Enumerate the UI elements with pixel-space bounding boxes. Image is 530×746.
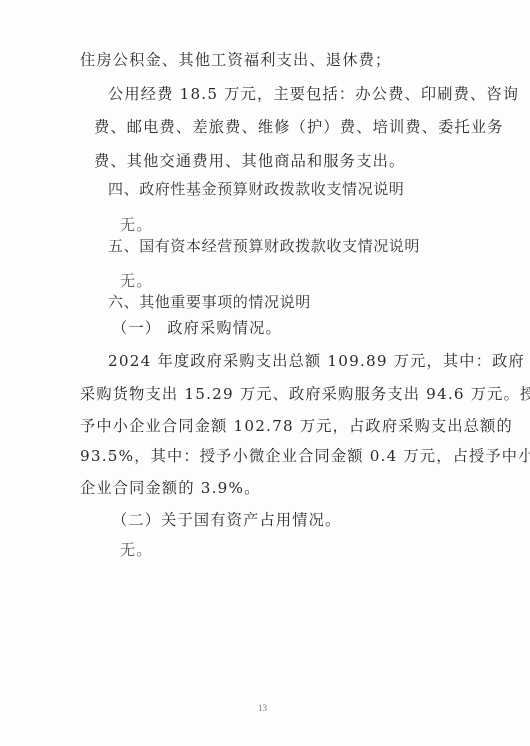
paragraph-line: 予中小企业合同金额 102.78 万元，占政府采购支出总额的: [80, 416, 513, 436]
paragraph-line: 费、邮电费、差旅费、维修（护）费、培训费、委托业务: [94, 117, 504, 137]
section-heading-5: 五、国有资本经营预算财政拨款收支情况说明: [108, 236, 420, 256]
section-heading-6: 六、其他重要事项的情况说明: [108, 292, 311, 312]
section-body-none: 无。: [120, 215, 153, 235]
section-body-none: 无。: [120, 271, 153, 291]
paragraph-line: 企业合同金额的 3.9%。: [80, 478, 261, 498]
section-heading-4: 四、政府性基金预算财政拨款收支情况说明: [108, 179, 404, 199]
subsection-heading-1: （一） 政府采购情况。: [112, 318, 282, 338]
paragraph-line: 2024 年度政府采购支出总额 109.89 万元，其中：政府: [108, 351, 525, 371]
paragraph-line: 93.5%，其中：授予小微企业合同金额 0.4 万元，占授予中小: [80, 446, 530, 466]
page-number: 13: [258, 703, 267, 713]
paragraph-line: 费、其他交通费用、其他商品和服务支出。: [94, 151, 405, 171]
paragraph-line: 住房公积金、其他工资福利支出、退休费；: [80, 50, 391, 70]
document-page: 住房公积金、其他工资福利支出、退休费； 公用经费 18.5 万元，主要包括：办公…: [0, 0, 530, 746]
section-body-none: 无。: [120, 540, 153, 560]
subsection-heading-2: （二）关于国有资产占用情况。: [112, 510, 341, 530]
paragraph-line: 公用经费 18.5 万元，主要包括：办公费、印刷费、咨询: [108, 84, 519, 104]
paragraph-line: 采购货物支出 15.29 万元、政府采购服务支出 94.6 万元。授: [80, 384, 530, 404]
